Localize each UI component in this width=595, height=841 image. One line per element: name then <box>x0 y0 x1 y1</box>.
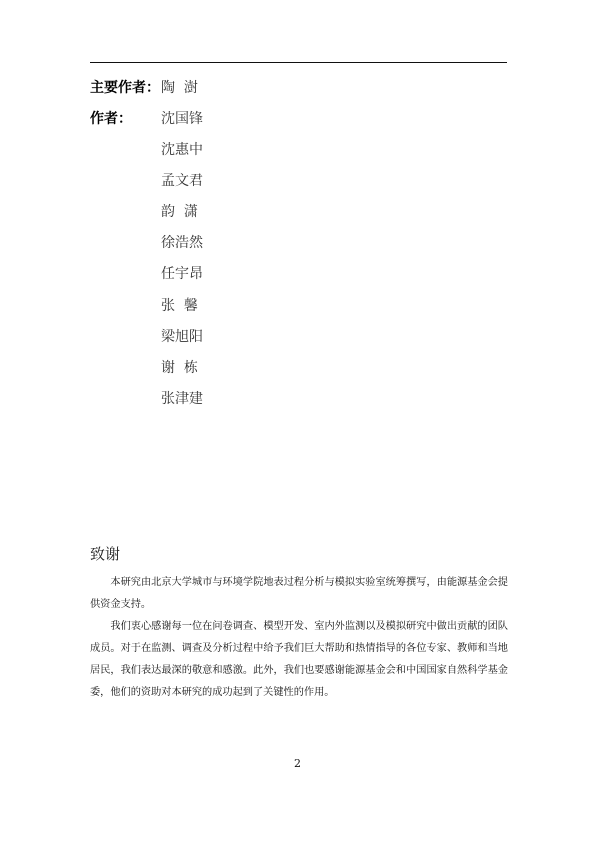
header-rule <box>90 62 507 63</box>
acknowledgements-title: 致谢 <box>90 544 120 564</box>
author-name: 韵 潇 <box>161 203 198 221</box>
author-name: 沈惠中 <box>161 141 203 159</box>
author-name: 沈国锋 <box>161 110 203 128</box>
acknowledgements-paragraph: 本研究由北京大学城市与环境学院地表过程分析与模拟实验室统筹撰写，由能源基金会提供… <box>90 572 508 616</box>
lead-author-name: 陶 澍 <box>161 79 198 97</box>
author-name: 张 馨 <box>161 297 198 315</box>
acknowledgements-body: 本研究由北京大学城市与环境学院地表过程分析与模拟实验室统筹撰写，由能源基金会提供… <box>90 572 508 704</box>
page-number: 2 <box>0 757 595 770</box>
acknowledgements-paragraph: 我们衷心感谢每一位在问卷调查、模型开发、室内外监测以及模拟研究中做出贡献的团队成… <box>90 616 508 704</box>
author-name: 谢 栋 <box>161 359 198 377</box>
lead-author-label: 主要作者： <box>90 79 160 97</box>
author-name: 任宇昂 <box>161 265 203 283</box>
author-name: 孟文君 <box>161 172 203 190</box>
author-name: 张津建 <box>161 390 203 408</box>
document-page: 主要作者： 陶 澍 作者： 沈国锋 沈惠中 孟文君 韵 潇 徐浩然 任宇昂 张 … <box>0 0 595 841</box>
author-name: 徐浩然 <box>161 234 203 252</box>
authors-label: 作者： <box>90 110 132 128</box>
author-name: 梁旭阳 <box>161 328 203 346</box>
